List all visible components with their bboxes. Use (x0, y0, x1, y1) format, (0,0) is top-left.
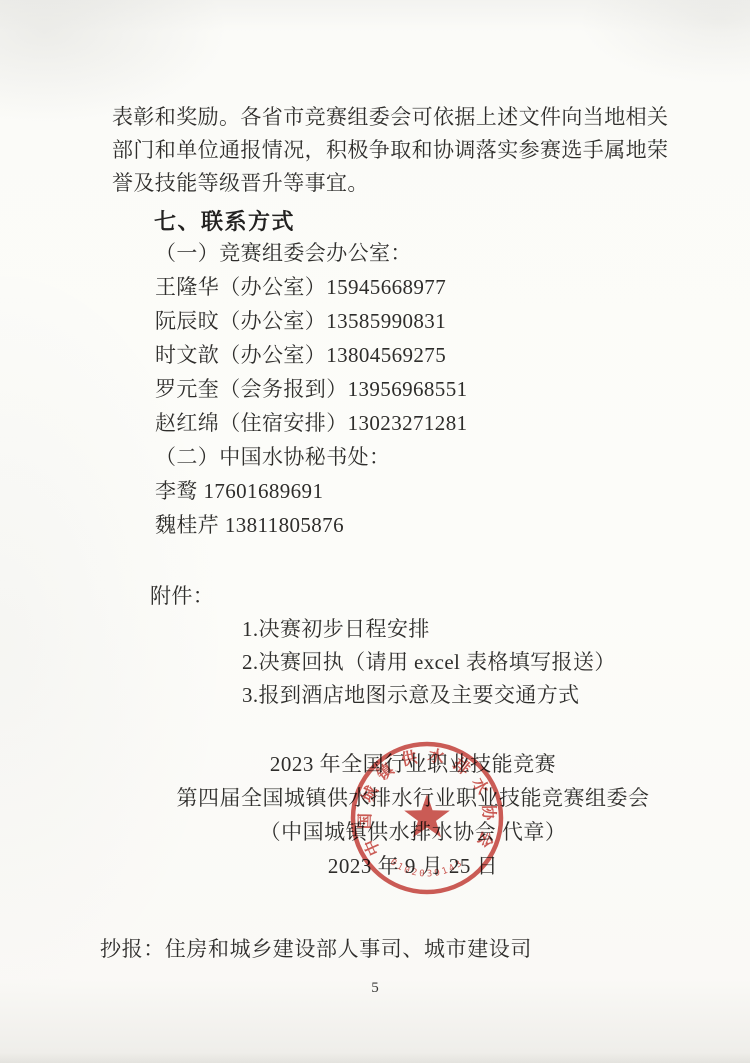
contact-list: （一）竞赛组委会办公室： 王隆华（办公室）15945668977 阮辰旼（办公室… (155, 236, 468, 542)
seal-serial-number: 0102039143 (388, 857, 466, 879)
section-heading-contact-info: 七、联系方式 (154, 205, 295, 236)
attachment-item: 1.决赛初步日程安排 (242, 613, 616, 646)
page-number: 5 (0, 980, 750, 997)
contact-line: 魏桂芹 13811805876 (155, 508, 468, 542)
attachment-item: 3.报到酒店地图示意及主要交通方式 (242, 679, 616, 712)
body-paragraph: 表彰和奖励。各省市竞赛组委会可依据上述文件向当地相关 部门和单位通报情况，积极争… (112, 101, 672, 200)
attachments-label: 附件： (150, 580, 616, 613)
contact-line: 王隆华（办公室）15945668977 (155, 270, 468, 304)
contact-line: 赵红绵（住宿安排）13023271281 (155, 406, 468, 440)
contact-line: 时文歆（办公室）13804569275 (155, 338, 468, 372)
contact-line: 阮辰旼（办公室）13585990831 (155, 304, 468, 338)
contact-line: 罗元奎（会务报到）13956968551 (155, 372, 468, 406)
seal-star-icon (404, 794, 450, 837)
attachments-section: 附件： 1.决赛初步日程安排 2.决赛回执（请用 excel 表格填写报送） 3… (112, 580, 616, 712)
contact-line: 李鹜 17601689691 (155, 474, 468, 508)
attachment-item: 2.决赛回执（请用 excel 表格填写报送） (242, 646, 616, 679)
body-paragraph-line: 誉及技能等级晋升等事宜。 (112, 167, 672, 200)
official-seal: 中国城镇供水排水协会 0102039143 (342, 733, 512, 903)
contact-group-title: （一）竞赛组委会办公室： (155, 236, 468, 270)
body-paragraph-line: 表彰和奖励。各省市竞赛组委会可依据上述文件向当地相关 (112, 101, 672, 134)
scanned-document-page: 表彰和奖励。各省市竞赛组委会可依据上述文件向当地相关 部门和单位通报情况，积极争… (0, 0, 750, 1063)
contact-group-title: （二）中国水协秘书处： (155, 440, 468, 474)
copy-to-line: 抄报：住房和城乡建设部人事司、城市建设司 (100, 933, 532, 963)
body-paragraph-line: 部门和单位通报情况，积极争取和协调落实参赛选手属地荣 (112, 134, 672, 167)
